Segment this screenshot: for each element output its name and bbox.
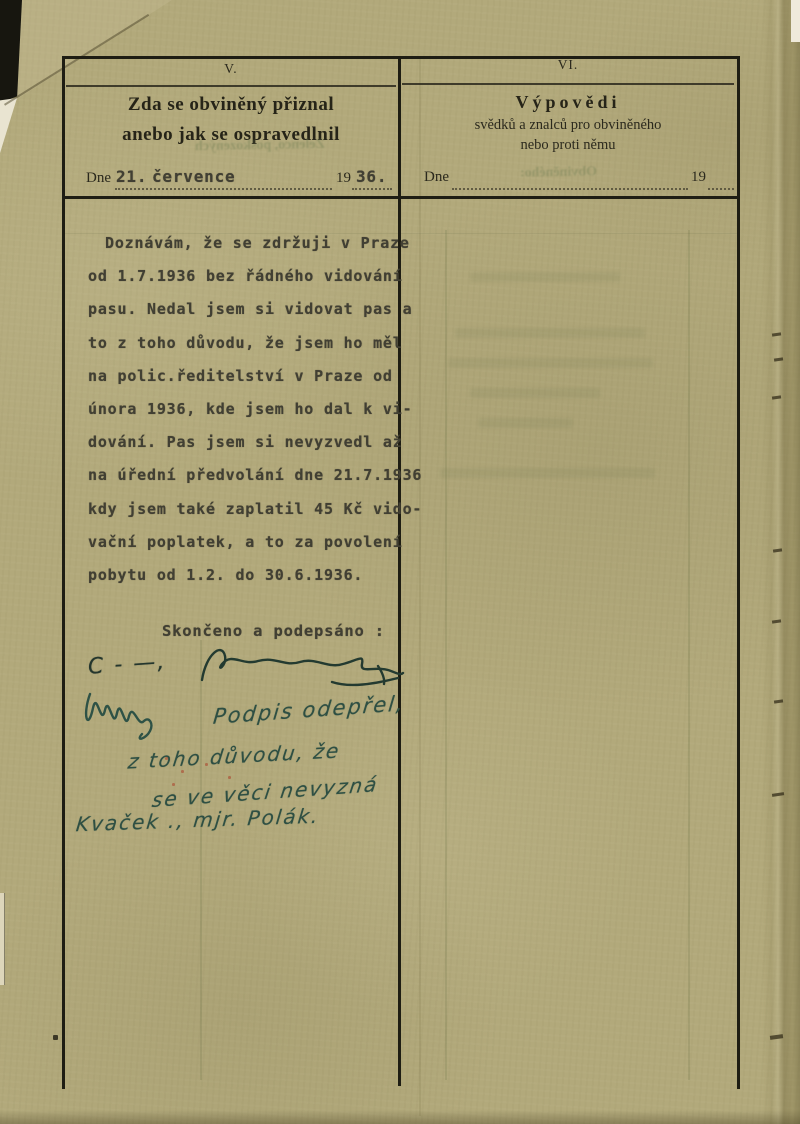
bleedthrough-text-left: Zelenco, poškozených — [195, 137, 325, 155]
bleedthrough-text-right: Obviněného: — [520, 164, 597, 181]
column-vi-number: VI. — [402, 57, 734, 73]
date-year-printed-vi: 19 — [691, 169, 706, 186]
typed-statement: Doznávám, že se zdržuji v Praze od 1.7.1… — [88, 227, 408, 592]
red-speck — [205, 763, 208, 766]
page-right-edge — [762, 0, 800, 1124]
statement-line: na úřední předvolání dne 21.7.1936 — [88, 459, 408, 492]
date-label-vi: Dne — [424, 169, 449, 186]
date-day-typed: 21. — [116, 167, 147, 186]
column-v-title-line1: Zda se obviněný přiznal — [64, 94, 398, 116]
column-vi-title-line2: svědků a znalců pro obviněného — [402, 117, 734, 134]
statement-line: Doznávám, že se zdržuji v Praze — [88, 227, 408, 260]
statement-line: od 1.7.1936 bez řádného vidování — [88, 260, 408, 293]
signature-scribble — [80, 686, 168, 750]
statement-line: dování. Pas jsem si nevyzvedl až — [88, 426, 408, 459]
page-left-edge-tear — [0, 893, 5, 985]
ink-spot — [53, 1035, 58, 1040]
header-separator-rule — [62, 196, 739, 199]
corner-fold-tear — [0, 98, 20, 156]
page-bottom-edge — [0, 1110, 800, 1124]
statement-line: na polic.ředitelství v Praze od — [88, 360, 408, 393]
column-vi-title-line1: Výpovědi — [402, 92, 734, 113]
header-underline-vi — [402, 83, 734, 85]
page-right-edge-top — [791, 0, 800, 42]
red-speck — [172, 783, 175, 786]
statement-line: pobytu od 1.2. do 30.6.1936. — [88, 559, 408, 592]
column-v-number: V. — [66, 61, 396, 77]
statement-line: vační poplatek, a to za povolení — [88, 526, 408, 559]
statement-line: února 1936, kde jsem ho dal k vi- — [88, 393, 408, 426]
statement-line: pasu. Nedal jsem si vidovat pas a — [88, 293, 408, 326]
statement-line: to z toho důvodu, že jsem ho měl — [88, 327, 408, 360]
date-year-typed-v: 36. — [356, 167, 387, 186]
red-speck — [181, 770, 184, 773]
date-year-printed-v: 19 — [336, 170, 351, 187]
date-month-typed: července — [152, 167, 235, 186]
date-label-v: Dne — [86, 170, 111, 187]
statement-line: kdy jsem také zaplatil 45 Kč vido- — [88, 493, 408, 526]
red-speck — [165, 757, 168, 760]
date-dotted-line — [708, 172, 734, 190]
scanned-document-page: V. Zda se obviněný přiznal anebo jak se … — [0, 0, 800, 1124]
column-vi-title-line3: nebo proti němu — [402, 137, 734, 154]
closing-line: Skončeno a podepsáno : — [162, 622, 385, 640]
header-underline-v — [66, 85, 396, 87]
red-speck — [228, 776, 231, 779]
signature-flourish — [192, 640, 407, 698]
